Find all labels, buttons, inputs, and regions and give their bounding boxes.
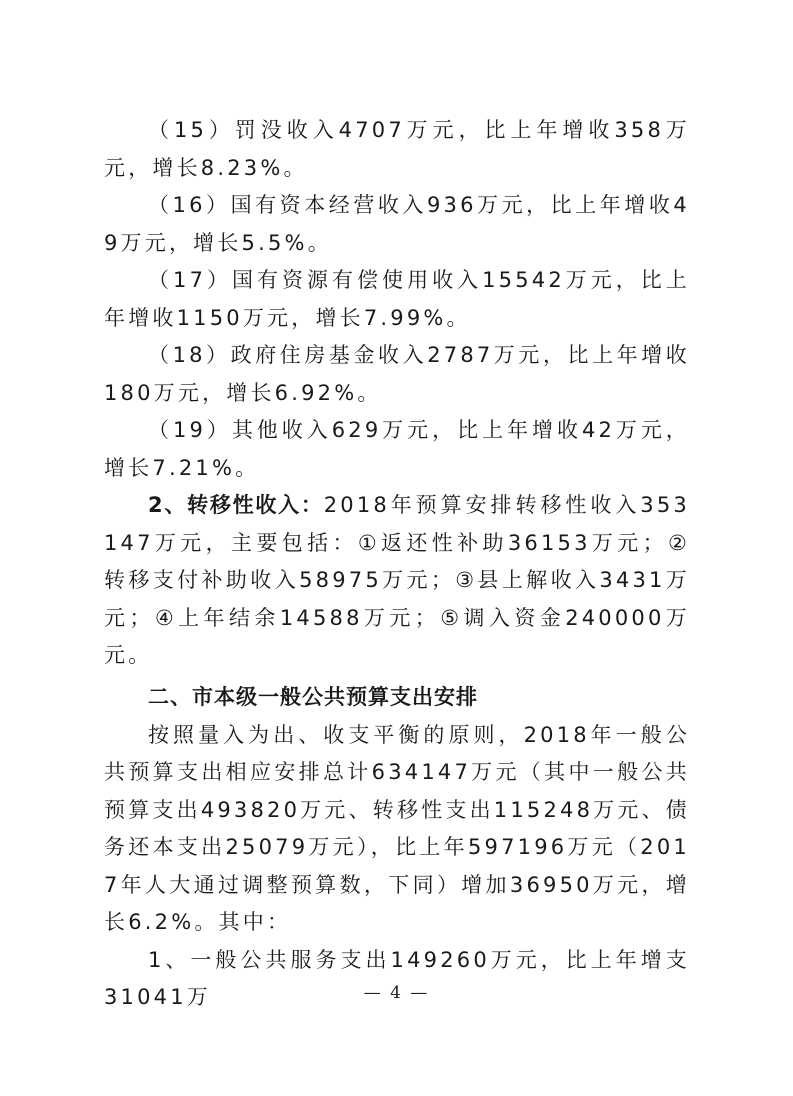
paragraph-item-19: （19）其他收入629万元，比上年增收42万元，增长7.21%。 xyxy=(104,412,690,487)
transfer-income-lead: 2、转移性收入： xyxy=(148,493,324,517)
transfer-income-body: 2018年预算安排转移性收入353147万元，主要包括：①返还性补助36153万… xyxy=(104,493,690,667)
paragraph-item-17: （17）国有资源有偿使用收入15542万元，比上年增收1150万元，增长7.99… xyxy=(104,262,690,337)
paragraph-item-16: （16）国有资本经营收入936万元，比上年增收49万元，增长5.5%。 xyxy=(104,187,690,262)
paragraph-item-18: （18）政府住房基金收入2787万元，比上年增收180万元，增长6.92%。 xyxy=(104,337,690,412)
page-number: — 4 — xyxy=(0,983,793,1003)
paragraph-transfer-income: 2、转移性收入：2018年预算安排转移性收入353147万元，主要包括：①返还性… xyxy=(104,487,690,675)
document-page: （15）罚没收入4707万元，比上年增收358万元，增长8.23%。 （16）国… xyxy=(104,112,690,1017)
paragraph-expenditure-overview: 按照量入为出、收支平衡的原则，2018年一般公共预算支出相应安排总计634147… xyxy=(104,717,690,942)
paragraph-expenditure-item-1: 1、一般公共服务支出149260万元，比上年增支31041万 xyxy=(104,942,690,1017)
paragraph-item-15: （15）罚没收入4707万元，比上年增收358万元，增长8.23%。 xyxy=(104,112,690,187)
section-heading: 二、市本级一般公共预算支出安排 xyxy=(104,677,690,717)
